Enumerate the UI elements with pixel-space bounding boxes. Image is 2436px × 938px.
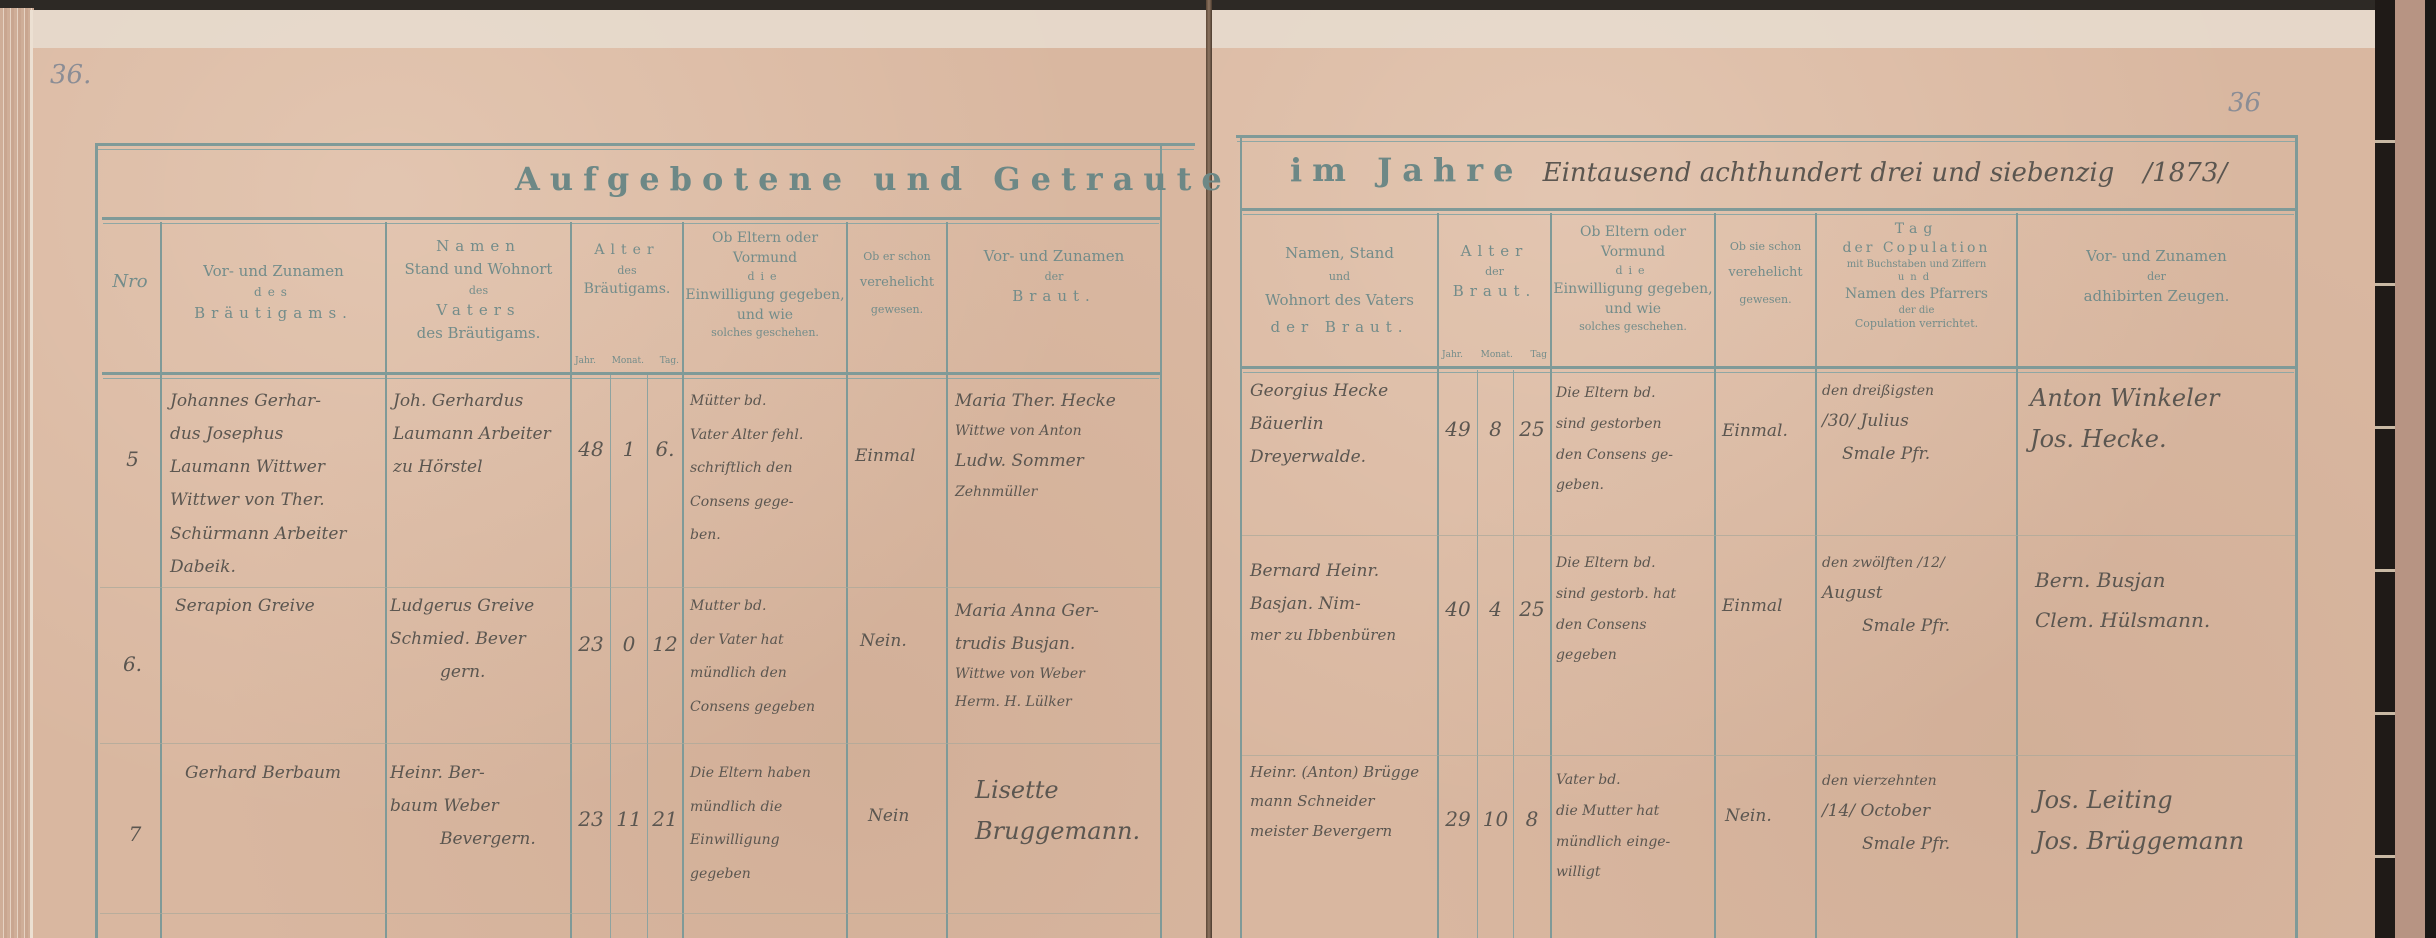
bride-name: LisetteBruggemann.: [975, 770, 1160, 852]
bride-age-years: 40: [1439, 590, 1477, 629]
book-cover: [2395, 0, 2425, 938]
bride-father: Bernard Heinr.Basjan. Nim-mer zu Ibbenbü…: [1250, 555, 1435, 651]
groom-consent: Die Eltern habenmündlich dieEinwilligung…: [690, 757, 845, 891]
right-page-title: im Jahre Eintausend achthundert drei und…: [1290, 148, 2227, 199]
title-printed: im Jahre: [1290, 151, 1524, 189]
book-cover-edge: [2425, 0, 2436, 938]
groom-married-before: Einmal: [855, 440, 945, 473]
bride-married-before: Einmal.: [1722, 415, 1815, 448]
groom-father: Joh. GerhardusLaumann Arbeiterzu Hörstel: [393, 385, 570, 484]
groom-age-years: 23: [572, 800, 610, 839]
col-header-married-before: Ob er schon verehelicht gewesen.: [848, 245, 946, 322]
left-page-title: Aufgebotene und Getraute: [515, 160, 1232, 198]
col-header-witnesses: Vor- und Zunamen der adhibirten Zeugen.: [2018, 245, 2295, 309]
witnesses: Bern. BusjanClem. Hülsmann.: [2035, 560, 2295, 640]
year-numeral: /1873/: [2143, 158, 2227, 188]
copulation-date-pastor: den vierzehnten/14/ OctoberSmale Pfr.: [1822, 768, 2016, 862]
page-number-right: 36: [2228, 78, 2261, 129]
col-header-nr: Nro: [100, 268, 160, 296]
col-header-groom-age: Alter des Bräutigams.: [572, 240, 682, 300]
bride-age-days: 25: [1514, 590, 1550, 629]
entry-number: 6.: [105, 645, 160, 684]
bride-age-months: 4: [1478, 590, 1513, 629]
col-header-bride-married-before: Ob sie schon verehelicht gewesen.: [1716, 235, 1815, 312]
copulation-date-pastor: den zwölften /12/AugustSmale Pfr.: [1822, 550, 2016, 644]
groom-age-days: 12: [648, 625, 682, 664]
bride-age-days: 8: [1514, 800, 1550, 839]
page-stack-edge: [0, 8, 34, 938]
col-header-bride-consent: Ob Eltern oder Vormund die Einwilligung …: [1552, 222, 1714, 335]
col-header-bride: Vor- und Zunamen der Braut.: [948, 245, 1160, 309]
col-header-consent: Ob Eltern oder Vormund die Einwilligung …: [684, 228, 846, 341]
groom-consent: Mutter bd.der Vater hatmündlich denConse…: [690, 590, 845, 724]
groom-age-months: 11: [611, 800, 647, 839]
bride-age-years: 29: [1439, 800, 1477, 839]
bride-age-years: 49: [1439, 410, 1477, 449]
groom-name: Serapion Greive: [175, 590, 385, 623]
title-handwritten-year: Eintausend achthundert drei und siebenzi…: [1543, 158, 2115, 188]
bride-married-before: Nein.: [1725, 800, 1815, 833]
col-header-copulation: Tag der Copulation mit Buchstaben und Zi…: [1817, 220, 2016, 332]
col-header-bride-father: Namen, Stand und Wohnort des Vaters der …: [1242, 240, 1437, 341]
bride-age-months: 8: [1478, 410, 1513, 449]
bride-name: Maria Ther. HeckeWittwe von AntonLudw. S…: [955, 385, 1160, 506]
col-header-groom-father: Namen Stand und Wohnort des Vaters des B…: [387, 235, 570, 345]
bride-name: Maria Anna Ger-trudis Busjan.Wittwe von …: [955, 595, 1160, 716]
col-header-bride-age: Alter der Braut.: [1439, 240, 1550, 304]
bride-consent: Die Eltern bd.sind gestorb. hatden Conse…: [1556, 548, 1714, 671]
groom-name: Johannes Gerhar-dus JosephusLaumann Witt…: [170, 385, 385, 584]
bride-age-days: 25: [1514, 410, 1550, 449]
groom-consent: Mütter bd.Vater Alter fehl.schriftlich d…: [690, 385, 845, 553]
bride-consent: Die Eltern bd.sind gestorbenden Consens …: [1556, 378, 1714, 501]
groom-age-months: 1: [611, 430, 647, 469]
groom-age-years: 23: [572, 625, 610, 664]
groom-married-before: Nein.: [860, 625, 945, 658]
book-gutter: [1206, 0, 1212, 938]
bride-father: Heinr. (Anton) Brüggemann Schneidermeist…: [1250, 758, 1435, 846]
groom-age-subheaders: Jahr.Monat.Tag.: [575, 356, 679, 366]
copulation-date-pastor: den dreißigsten/30/ JuliusSmale Pfr.: [1822, 378, 2016, 472]
witnesses: Jos. LeitingJos. Brüggemann: [2035, 780, 2295, 862]
entry-number: 5: [105, 440, 160, 479]
groom-age-days: 6.: [648, 430, 682, 469]
col-header-groom: Vor- und Zunamen des Bräutigams.: [162, 260, 385, 325]
bride-age-subheaders: Jahr.Monat.Tag: [1442, 350, 1547, 360]
groom-father: Ludgerus GreiveSchmied. Bevergern.: [390, 590, 570, 689]
bride-consent: Vater bd.die Mutter hatmündlich einge-wi…: [1556, 765, 1714, 888]
bride-age-months: 10: [1478, 800, 1513, 839]
book-spine: [2375, 0, 2395, 938]
groom-father: Heinr. Ber-baum WeberBevergern.: [390, 757, 570, 856]
groom-age-years: 48: [572, 430, 610, 469]
page-number-left: 36.: [50, 50, 91, 101]
bride-father: Georgius HeckeBäuerlinDreyerwalde.: [1250, 375, 1435, 474]
witnesses: Anton WinkelerJos. Hecke.: [2030, 378, 2295, 460]
entry-number: 7: [115, 815, 155, 854]
groom-married-before: Nein: [868, 800, 946, 833]
groom-age-months: 0: [611, 625, 647, 664]
bride-married-before: Einmal: [1722, 590, 1815, 623]
groom-name: Gerhard Berbaum: [185, 757, 385, 790]
groom-age-days: 21: [648, 800, 682, 839]
